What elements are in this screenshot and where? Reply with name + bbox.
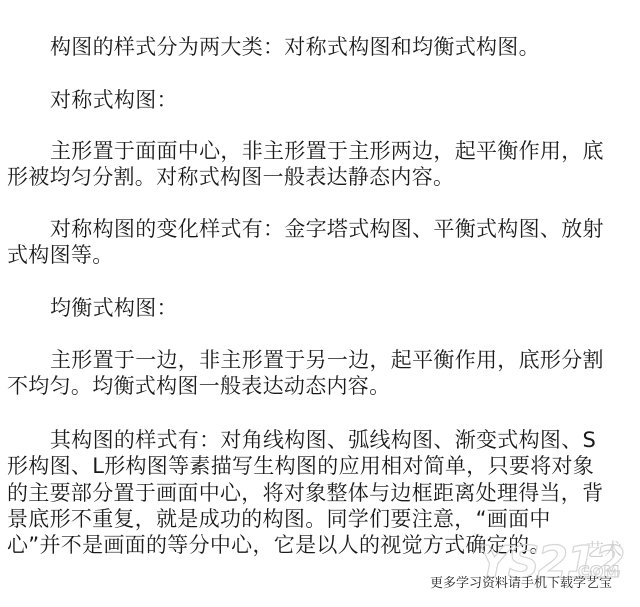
- footer-note: 更多学习资料请手机下载学艺宝: [430, 576, 612, 592]
- paragraph-other-line-2: 形构图、L形构图等素描写生构图的应用相对简单，只要将对象: [7, 453, 637, 479]
- intro-line: 构图的样式分为两大类：对称式构图和均衡式构图。: [50, 34, 640, 60]
- paragraph-other-line-1: 其构图的样式有：对角线构图、弧线构图、渐变式构图、S: [50, 427, 640, 453]
- paragraph-variations-line-2: 式构图等。: [7, 242, 637, 268]
- paragraph-variations-line-1: 对称构图的变化样式有：金字塔式构图、平衡式构图、放射: [50, 216, 640, 242]
- paragraph-symmetric-line-2: 形被均匀分割。对称式构图一般表达静态内容。: [7, 164, 637, 190]
- document-page: 构图的样式分为两大类：对称式构图和均衡式构图。 对称式构图： 主形置于面面中心，…: [0, 0, 640, 607]
- paragraph-symmetric-line-1: 主形置于面面中心，非主形置于主形两边，起平衡作用，底: [50, 138, 640, 164]
- paragraph-other-line-4: 景底形不重复，就是成功的构图。同学们要注意，“画面中: [7, 506, 637, 532]
- heading-balanced: 均衡式构图：: [50, 295, 640, 321]
- paragraph-other-line-5: 心”并不是画面的等分中心，它是以人的视觉方式确定的。: [7, 532, 637, 558]
- heading-symmetric: 对称式构图：: [50, 87, 640, 113]
- paragraph-balanced-line-1: 主形置于一边，非主形置于另一边，起平衡作用，底形分割: [50, 347, 640, 373]
- paragraph-balanced-line-2: 不均匀。均衡式构图一般表达动态内容。: [7, 373, 637, 399]
- paragraph-other-line-3: 的主要部分置于画面中心，将对象整体与边框距离处理得当，背: [7, 480, 637, 506]
